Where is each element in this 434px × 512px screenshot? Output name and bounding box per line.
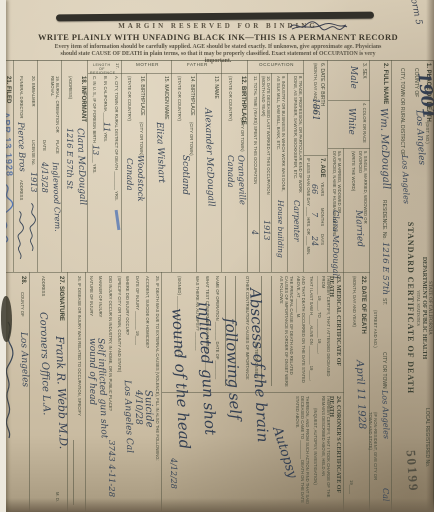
address-squiggle [16,208,26,263]
pen-scribble [288,20,348,32]
hw-marital: Married [353,210,365,248]
field16-paren: (CITY OR TOWN) [139,122,144,156]
margin-note: MARGIN RESERVED FOR BINDING [18,22,418,30]
hw-birthplace: Orangeville [235,155,247,205]
hw-in-california: 11 [102,122,111,132]
hw-total-years: 4 [250,230,259,235]
field17a-label: A. CITY, TOWN OR RURAL DISTRICT OF DEATH… [114,76,119,226]
hw-license-no: 1913 [29,172,38,192]
f24-t3: THEREON, AND FROM SUCH ACTION FIND THAT … [295,396,310,508]
field16-label: 16. BIRTHPLACE [139,76,145,116]
hw-mother-country: Canada [124,158,134,191]
hw-spouse: Clara McDougall [331,210,340,279]
hw-injury-detail: 3743 4-11-28 [106,440,116,497]
field14-label: 14. BIRTHPLACE [189,76,195,116]
field22-paren: (MONTH, DAY AND YEAR) [352,276,357,327]
hw-birthplace-country: Canada [225,155,235,188]
vital-statistics: VITAL STATISTICS [416,210,421,406]
field13-label: 13. NAME [213,76,219,99]
hw-industry: House building [276,200,285,258]
f23-t1: I HEREBY CERTIFY, THAT I ATTENDED DECEAS… [321,276,331,388]
hw-trade: Carpenter [292,200,301,242]
nonresident-label: (IF NON-RESIDENT, GIVE CITY OR TOWN AND … [368,412,378,492]
hw-nature: wound of head [87,338,97,405]
age-months-label: MONTHS [320,208,325,226]
f27-address-label: ADDRESS [41,276,46,296]
field12-sub: (STATE OR COUNTRY) [228,76,233,121]
father-side-label: FATHER [173,62,221,67]
photo-bottom-shadow [0,498,434,512]
certificate-wrap: 1. PLACE OF DEATH (DIST. NO.) COUNTY OF … [0,60,434,512]
banner: MARGIN RESERVED FOR BINDING WRITE PLAINL… [18,22,418,65]
hw-injury-date: 4/10/28 [133,390,143,425]
st-label: ST. [381,298,387,305]
occupation-side-label: OCCUPATION [249,62,303,67]
field10-label: 10. DATE DECEASED LAST WORKED AT THIS OC… [261,76,271,206]
f25-nature-label: NATURE OF INJURY [89,276,94,316]
residence-label: RESIDENCE. No. [381,200,387,240]
f25-where-label: WHERE DID INJURY OCCUR? [125,276,130,335]
scanned-certificate-photo: MARGIN RESERVED FOR BINDING WRITE PLAINL… [0,0,434,512]
field9-label: 9. INDUSTRY OR BUSINESS IN WHICH WORK WA… [276,76,286,194]
f25-home-label: DID INJURY OCCUR IN INDUSTRY, IN HOME, O… [108,276,113,436]
hw-father-birthplace: Scotland [180,155,190,195]
age-less-label: IF LESS THAN ONE DAY ____ HRS. OR ____ M… [306,158,311,268]
f23-t5: THE PRINCIPAL CAUSE OF DEATH AND RELATED… [279,276,294,388]
f23-t3: THAT I LAST SAW H____ ALIVE ON ________ … [309,276,314,388]
field15-label: 15. MAIDEN NAME [163,76,169,120]
age-days-label: DAYS [320,234,325,245]
hw-city: Los Angeles [400,155,411,204]
hw-in-us: 13 [91,145,100,155]
embalmer-address-label: ADDRESS [19,180,24,200]
certificate-form: 1. PLACE OF DEATH (DIST. NO.) COUNTY OF … [0,60,434,512]
hw-age-days: 24 [310,236,319,246]
hw-race: White [346,108,356,135]
field17-side-label: LENGTH OF RESIDENCE [90,63,114,75]
banner-warning: WRITE PLAINLY WITH UNFADING BLACK INK—TH… [18,32,418,42]
street-no-label: (STREET AND NO.) [373,310,378,348]
hw-funeral-director: Pierce Bros [15,122,27,172]
hw-sex: Male [348,66,358,89]
paper-left-edge [0,0,6,512]
field17-num: 17. [115,63,120,69]
field1-city-label: CITY, TOWN OR RURAL DISTRICT OF [399,68,405,156]
field12-paren: (CITY OR TOWN) [240,118,245,152]
field17b-label: B. IN CALIFORNIA ________ YRS. [103,76,108,196]
field19-label: 19. BURIAL, CREMATION OR REMOVAL [50,76,60,136]
hw-age-months: 7 [310,212,319,217]
f23-t4: AND THAT DEATH OCCURRED ON THE DATE STAT… [296,276,306,388]
ink-blot [1,296,12,342]
field8-label: 8. TRADE, PROFESSION, OR PARTICULAR KIND… [293,76,303,194]
hw-coroner-date: 4/12/28 [169,458,178,489]
f24-t1: I HEREBY CERTIFY, THAT I TOOK CHARGE OF … [321,396,331,508]
hw-dob: 1861 [310,98,320,121]
hw-age-years: 66 [310,184,319,194]
age-years-label: YEARS [320,182,325,196]
field16-sub: (STATE OR COUNTRY) [127,76,132,121]
field22-label: 22. DATE OF DEATH [359,276,366,334]
city-town-label: CITY OR TOWN [381,352,387,389]
f25-manner-label: MANNER OF INJURY [98,276,103,317]
field18-paren: (ADDRESS) [68,76,73,99]
field7-label: 7. AGE [318,158,325,177]
field19-date-label: DATE [42,140,47,151]
f25-spec-label: (SPECIFY CITY OR TOWN, COUNTY AND STATE) [117,276,122,372]
hw-residence-city: Los Angeles [380,390,391,439]
field14-sub: (STATE OR COUNTRY) [177,76,182,121]
hw-f28-county: Los Angeles [18,332,30,387]
hw-residence: 1216 E 57th [380,242,390,295]
field14-paren: (CITY OR TOWN) [189,122,194,156]
f28-county-label: COUNTY OF [20,292,25,317]
hw-last-worked: 1913 [262,220,271,240]
field28-num: 28. [19,276,26,284]
hw-informant-address: 1216 E 57th St [65,128,74,189]
certificate-title: STANDARD CERTIFICATE OF DEATH [406,210,415,406]
field25-label: 25. IF DEATH WAS DUE TO EXTERNAL CAUSES … [155,276,160,506]
f23-t2: ________ 19____, TO ________ 19____, [317,276,322,388]
license-label: LICENSE No. [31,140,36,166]
hw-mother-name: Eliza Wishart [154,122,166,183]
field2-label: 2. FULL NAME [381,63,388,104]
photo-right-shadow [426,0,434,512]
blank-line [271,276,272,386]
hw-burial-date: 4/13/28 [40,162,49,193]
f25-date-label: DATE OF INJURY ________ 19____ [135,276,140,345]
hw-mother-birthplace: Woodstock [135,155,145,202]
field11-label: 11. TOTAL TIME (YEARS) SPENT IN THIS OCC… [253,76,258,206]
embalmer-signature-squiggle [28,200,38,255]
field22-year: 19____ [349,480,354,494]
field27-label: 27. SIGNATURE [57,276,64,321]
mother-side-label: MOTHER [123,62,171,67]
field19-place-label: PLACE [55,140,60,154]
funeral-director-label: FUNERAL DIRECTOR [19,76,24,118]
field18-label: 18. INFORMANT [79,76,86,122]
f25-accident-label: ACCIDENT, SUICIDE OR HOMICIDE? [145,276,150,348]
field3-label: 3. SEX [361,63,367,79]
hw-suicide: Suicide [142,390,154,428]
field5-paren: (WRITE THE WORD) [351,151,356,191]
field26-label: 26. IF DISEASE OR INJURY WAS RELATED TO … [77,276,82,506]
blank-line [73,440,74,505]
field20-label: 20. EMBALMER [31,76,36,107]
certificate-number-stamp: 50199 [403,449,422,493]
f24-t2: (INQUEST, AUTOPSY, INVESTIGATION) [313,408,318,512]
field4-label: 4. COLOR OR RACE [362,103,367,143]
